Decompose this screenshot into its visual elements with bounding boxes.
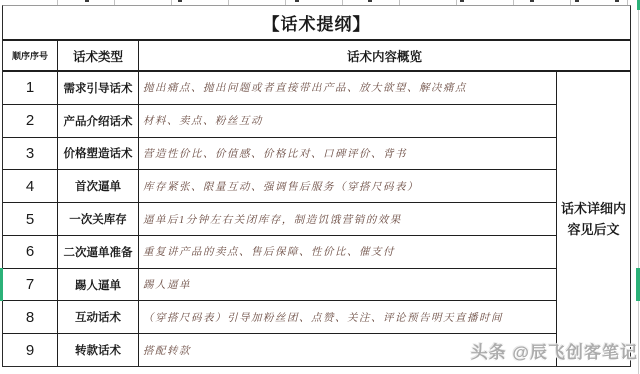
header-script-type[interactable]: 话术类型 bbox=[58, 41, 139, 70]
script-content-cell[interactable]: （穿搭尺码表）引导加粉丝团、点赞、关注、评论预告明天直播时间 bbox=[139, 301, 557, 333]
header-content-overview[interactable]: 话术内容概览 bbox=[139, 41, 630, 70]
script-type-cell[interactable]: 互动话术 bbox=[58, 301, 139, 333]
table-row: 8 互动话术 （穿搭尺码表）引导加粉丝团、点赞、关注、评论预告明天直播时间 bbox=[3, 301, 557, 334]
row-number-cell[interactable]: 8 bbox=[3, 301, 58, 333]
table-rows: 1 需求引导话术 抛出痛点、抛出问题或者直接带出产品、放大欲望、解决痛点 2 产… bbox=[3, 72, 557, 366]
table-row-selected: 7 踢人逼单 踢人逼单 bbox=[3, 269, 557, 302]
row-number-cell[interactable]: 9 bbox=[3, 334, 58, 366]
script-type-cell[interactable]: 需求引导话术 bbox=[58, 72, 139, 104]
script-type-cell[interactable]: 踢人逼单 bbox=[58, 269, 139, 301]
script-type-cell[interactable]: 首次逼单 bbox=[58, 170, 139, 202]
row-number-cell[interactable]: 4 bbox=[3, 170, 58, 202]
header-order-number[interactable]: 顺序序号 bbox=[3, 41, 58, 70]
table-title-cell[interactable]: 【话术提纲】 bbox=[3, 6, 630, 41]
script-type-cell[interactable]: 价格塑造话术 bbox=[58, 138, 139, 170]
script-type-cell[interactable]: 产品介绍话术 bbox=[58, 105, 139, 137]
detail-note-merged-cell[interactable]: 话术详细内容见后文 bbox=[557, 72, 630, 366]
row-number-cell[interactable]: 7 bbox=[3, 269, 58, 301]
row-number-cell[interactable]: 3 bbox=[3, 138, 58, 170]
table-row: 4 首次逼单 库存紧张、限量互动、强调售后服务（穿搭尺码表） bbox=[3, 170, 557, 203]
selection-highlight-right bbox=[636, 268, 640, 301]
script-type-cell[interactable]: 转款话术 bbox=[58, 334, 139, 366]
toutiao-watermark: 头条 @辰飞创客笔记 bbox=[471, 338, 638, 363]
script-type-cell[interactable]: 一次关库存 bbox=[58, 203, 139, 235]
script-type-cell[interactable]: 二次逼单准备 bbox=[58, 236, 139, 268]
table-body: 1 需求引导话术 抛出痛点、抛出问题或者直接带出产品、放大欲望、解决痛点 2 产… bbox=[3, 72, 630, 366]
script-content-cell[interactable]: 营造性价比、价值感、价格比对、口碑评价、背书 bbox=[139, 138, 557, 170]
table-header-row: 顺序序号 话术类型 话术内容概览 bbox=[3, 41, 630, 72]
script-content-cell[interactable]: 重复讲产品的卖点、售后保障、性价比、催支付 bbox=[139, 236, 557, 268]
spreadsheet-screenshot: 【话术提纲】 顺序序号 话术类型 话术内容概览 1 需求引导话术 抛出痛点、抛出… bbox=[0, 0, 640, 374]
script-content-cell[interactable]: 逼单后1分钟左右关闭库存，制造饥饿营销的效果 bbox=[139, 203, 557, 235]
table-row: 2 产品介绍话术 材料、卖点、粉丝互动 bbox=[3, 105, 557, 138]
script-content-cell[interactable]: 抛出痛点、抛出问题或者直接带出产品、放大欲望、解决痛点 bbox=[139, 72, 557, 104]
script-content-cell[interactable]: 踢人逼单 bbox=[139, 269, 557, 301]
sheet-edge-gridline bbox=[638, 0, 639, 374]
script-content-cell[interactable]: 库存紧张、限量互动、强调售后服务（穿搭尺码表） bbox=[139, 170, 557, 202]
script-content-cell[interactable]: 材料、卖点、粉丝互动 bbox=[139, 105, 557, 137]
row-number-cell[interactable]: 6 bbox=[3, 236, 58, 268]
table-row: 1 需求引导话术 抛出痛点、抛出问题或者直接带出产品、放大欲望、解决痛点 bbox=[3, 72, 557, 105]
table-row: 5 一次关库存 逼单后1分钟左右关闭库存，制造饥饿营销的效果 bbox=[3, 203, 557, 236]
row-number-cell[interactable]: 2 bbox=[3, 105, 58, 137]
table-row: 3 价格塑造话术 营造性价比、价值感、价格比对、口碑评价、背书 bbox=[3, 138, 557, 171]
row-number-cell[interactable]: 1 bbox=[3, 72, 58, 104]
table-row: 6 二次逼单准备 重复讲产品的卖点、售后保障、性价比、催支付 bbox=[3, 236, 557, 269]
script-outline-table: 【话术提纲】 顺序序号 话术类型 话术内容概览 1 需求引导话术 抛出痛点、抛出… bbox=[2, 5, 631, 367]
selection-highlight-left bbox=[0, 268, 3, 301]
row-number-cell[interactable]: 5 bbox=[3, 203, 58, 235]
